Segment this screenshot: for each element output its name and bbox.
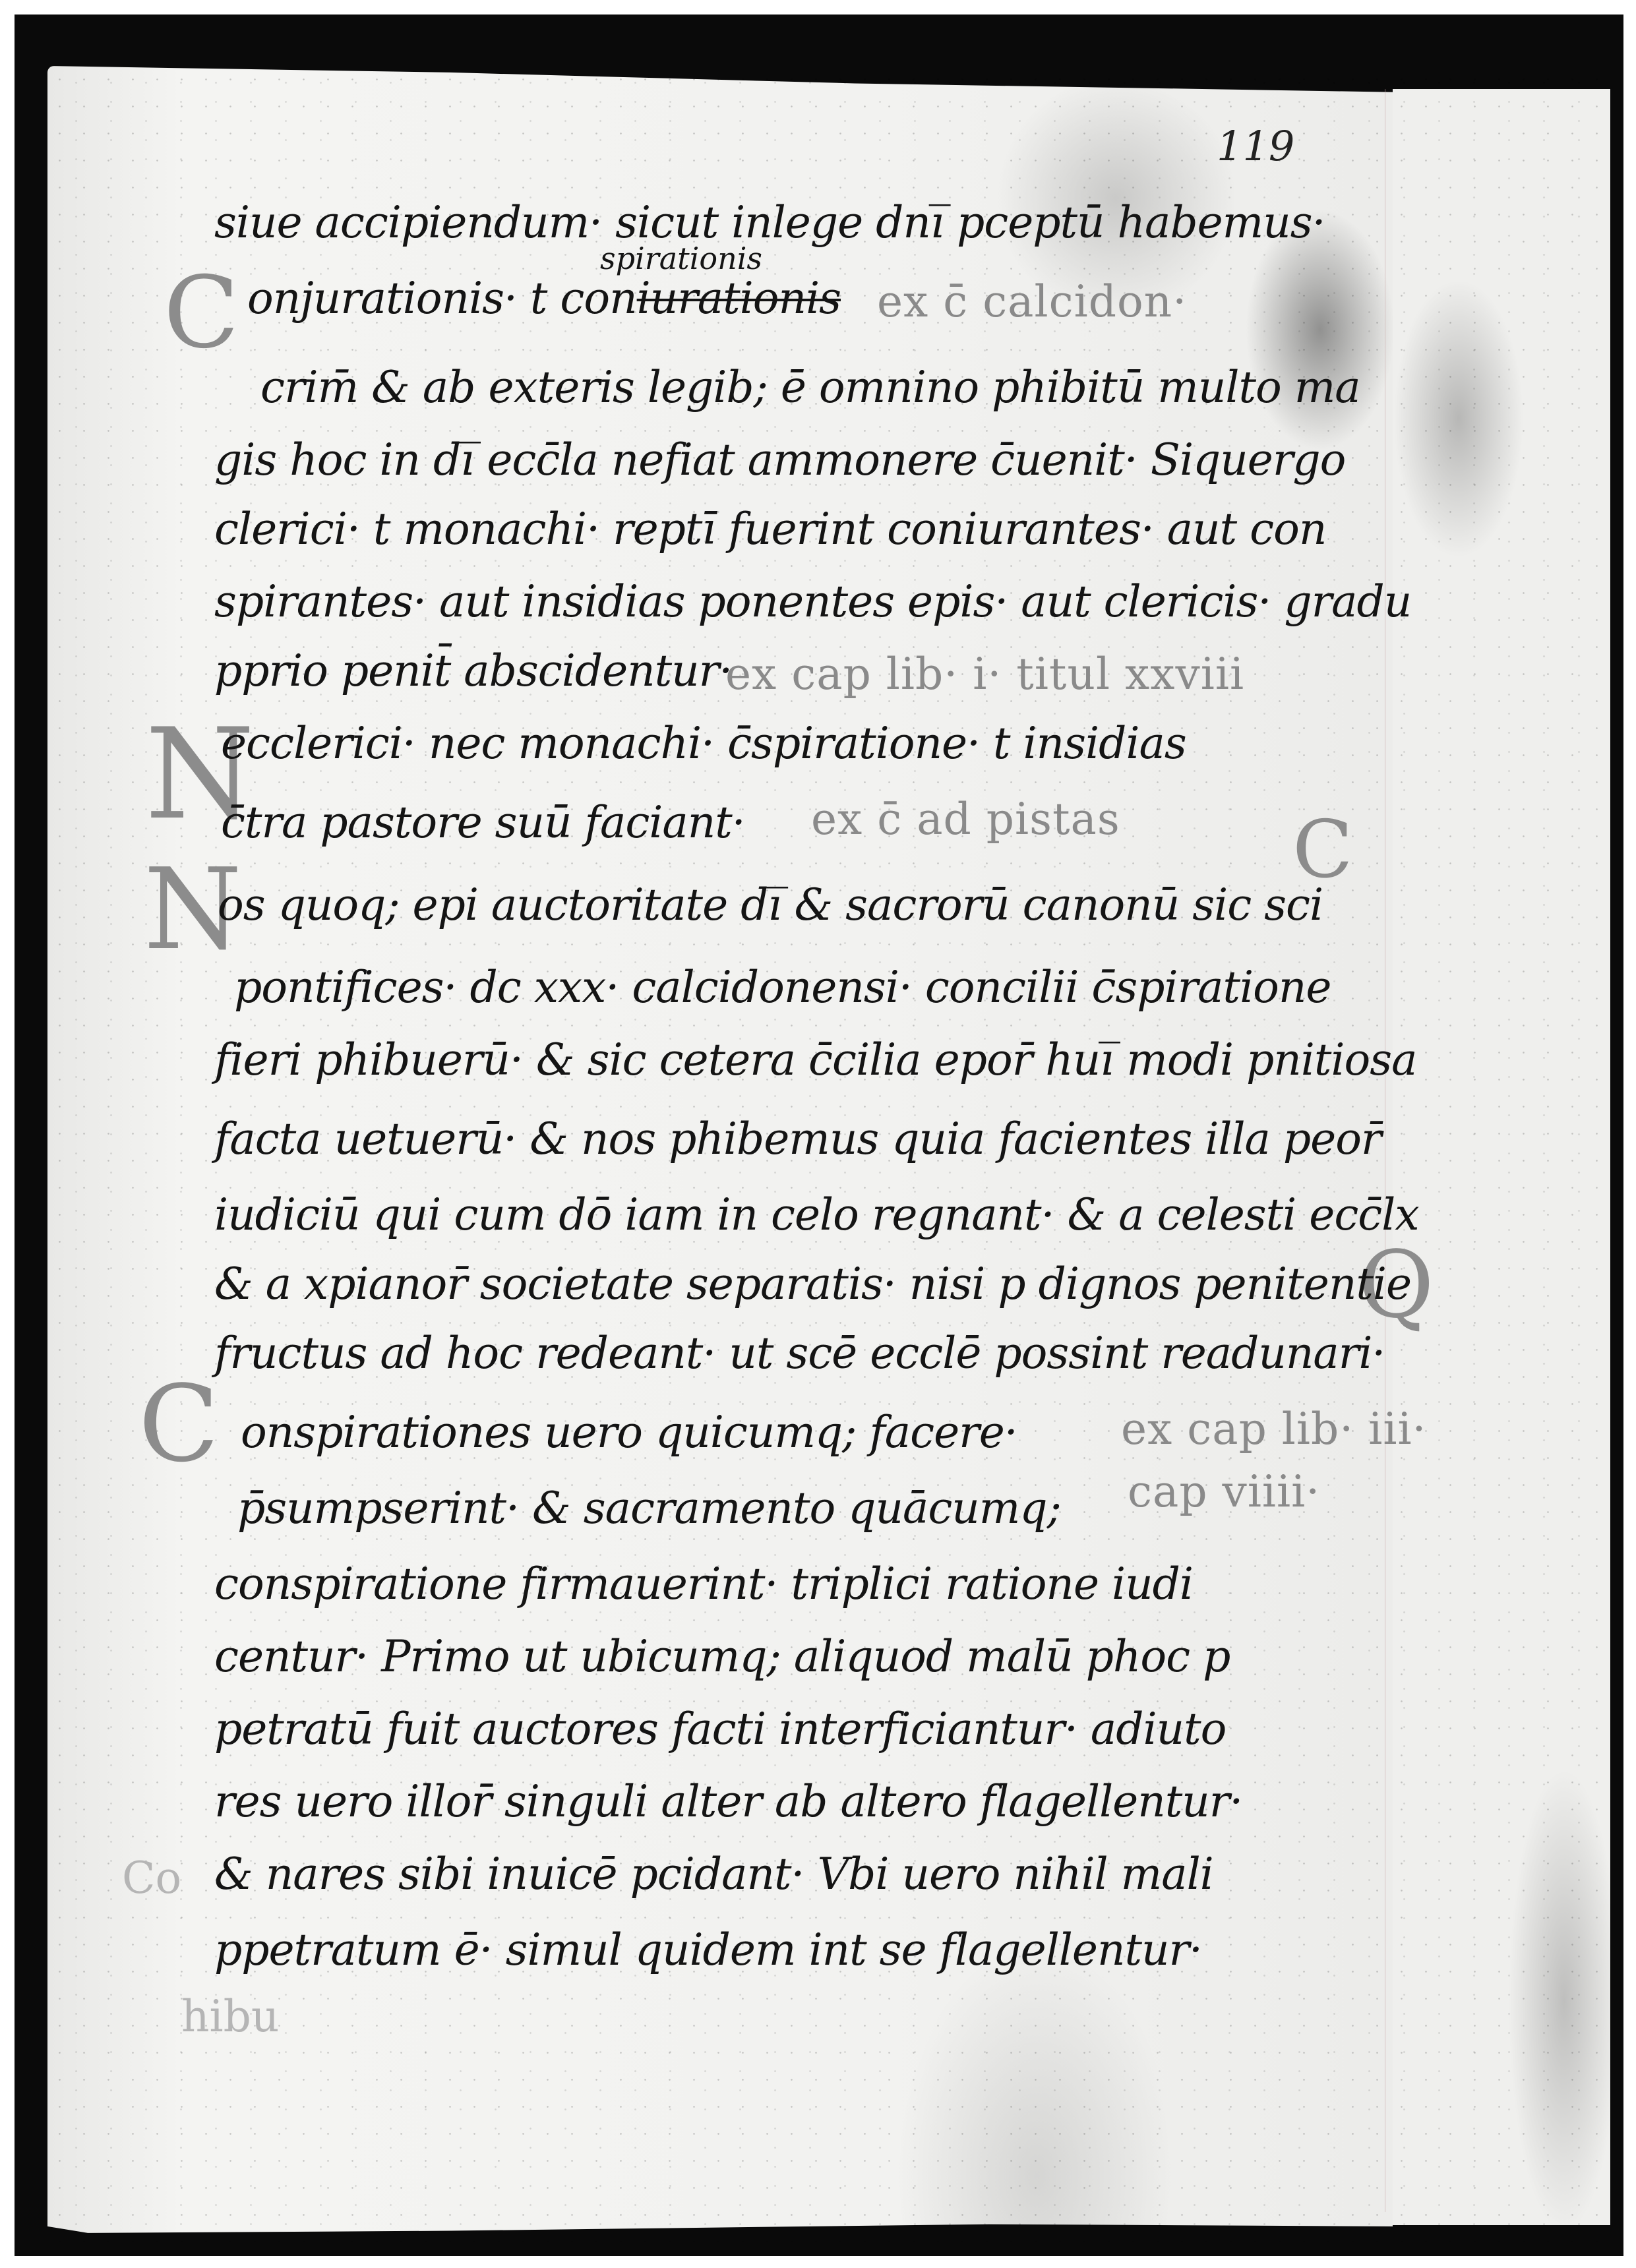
offset-text-2: hibu	[181, 1991, 279, 2042]
struck-word: iurationis	[637, 273, 841, 324]
text-line-4: gis hoc in di̅ ecc̄la nefiat ammonere c̄…	[214, 438, 1345, 482]
rubric-calcidon: ex c̄ calcidon·	[877, 280, 1187, 324]
text-line-13: facta uetuerū· & nos phibemus quia facie…	[214, 1118, 1381, 1161]
text-line-8: ecclerici· nec monachi· c̄spiratione· t …	[221, 722, 1186, 765]
initial-c-conspirationes: C	[138, 1371, 219, 1477]
text-line-20: centur· Primo ut ubicumq; aliquod malū p…	[214, 1635, 1230, 1679]
text-line-6: spirantes· aut insidias ponentes epis· a…	[214, 580, 1411, 624]
text-line-11: pontifices· dc xxx· calcidonensi· concil…	[234, 966, 1331, 1009]
text-line-16: fructus ad hoc redeant· ut scē ecclē pos…	[214, 1332, 1385, 1375]
text-line-18: p̄sumpserint· & sacramento quācumq;	[237, 1487, 1061, 1530]
text-line-17: onspirationes uero quicumq; facere·	[241, 1411, 1017, 1454]
text-line-22: res uero illor̄ singuli alter ab altero …	[214, 1780, 1242, 1824]
text-line-7: pprio penit̄ abscidentur·	[214, 649, 732, 693]
rubric-ad-pistas: ex c̄ ad pistas	[811, 798, 1120, 841]
text-line-23: & nares sibi inuicē pcidant· Vbi uero ni…	[214, 1853, 1213, 1896]
interlinear-correction: spirationis	[600, 241, 762, 276]
initial-c-conjurationis: C	[164, 264, 239, 363]
text-line-5: clerici· t monachi· reptī fuerint coniur…	[214, 508, 1326, 551]
text-line-15: & a xpianor̄ societate separatis· nisi p…	[214, 1263, 1411, 1306]
rubric-cap-viiii: cap viiii·	[1128, 1470, 1320, 1514]
text-line-2: onjurationis· t coniurationis	[247, 277, 841, 320]
text-line-24: ppetratum ē· simul quidem int se flagell…	[214, 1928, 1202, 1972]
text-line-2-main: onjurationis· t con	[247, 273, 637, 324]
text-line-12: fieri phibuerū· & sic cetera c̄cilia epo…	[214, 1038, 1416, 1082]
rubric-cap-lib-iii: ex cap lib· iii·	[1121, 1408, 1427, 1451]
text-line-1: siue accipiendum· sicut inlege dni̅ pcep…	[214, 201, 1325, 245]
text-line-3: crim̄ & ab exteris legib; ē omnino phibi…	[260, 366, 1360, 409]
folio-number: 119	[1217, 122, 1294, 170]
offset-text-1: Co	[122, 1853, 181, 1903]
text-line-10: os quoq; epi auctoritate di̅ & sacrorū c…	[218, 883, 1323, 927]
text-line-19: conspiratione firmauerint· triplici rati…	[214, 1563, 1193, 1606]
initial-c-margin: C	[1292, 811, 1353, 890]
text-line-21: petratū fuit auctores facti interficiant…	[214, 1708, 1226, 1751]
text-line-9: c̄tra pastore suū faciant·	[221, 801, 745, 845]
text-line-14: iudiciū qui cum dō iam in celo regnant· …	[214, 1193, 1419, 1237]
rubric-cap-lib-i: ex cap lib· i· titul xxviii	[725, 653, 1244, 696]
